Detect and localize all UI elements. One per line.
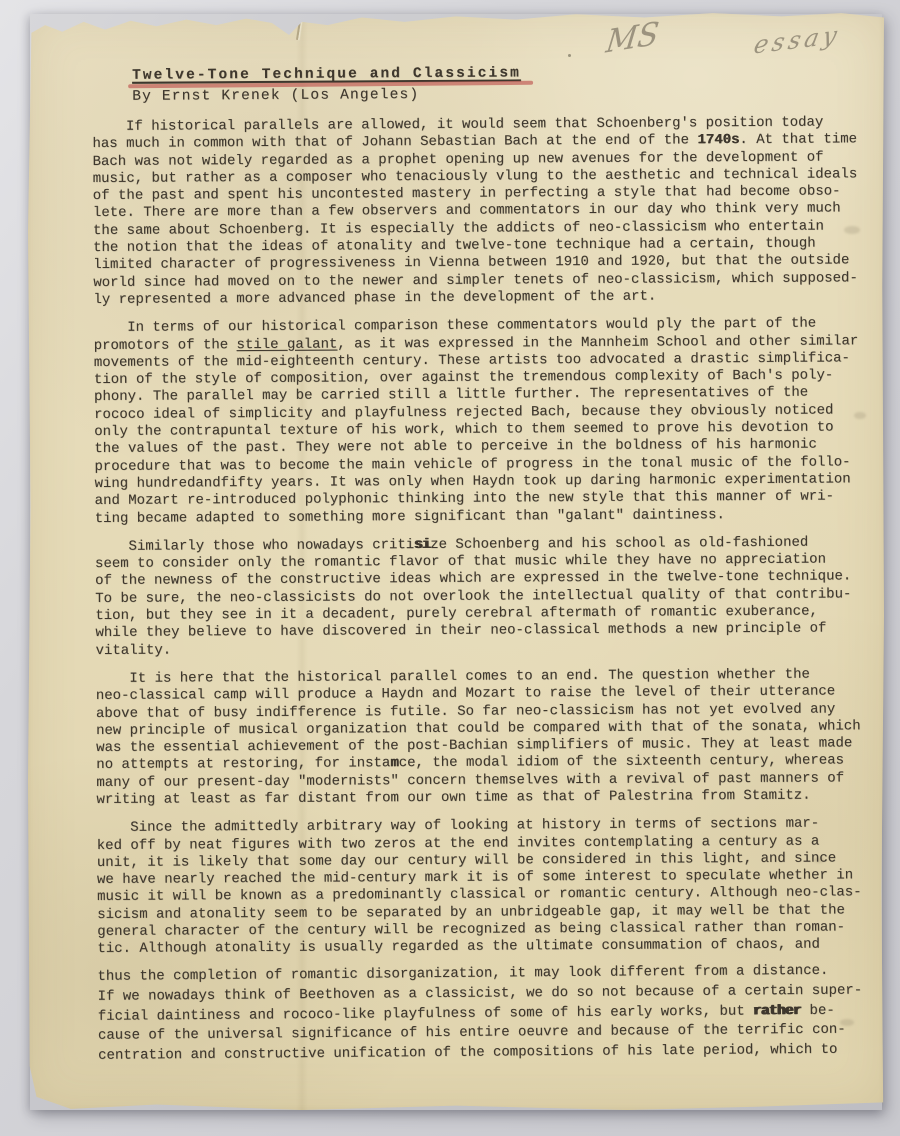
paragraph: thus the completion of romantic disorgan… [97,961,890,1066]
paragraph: It is here that the historical parallel … [96,666,889,809]
title-block: Twelve-Tone Technique and Classicism By … [132,61,884,106]
paragraph: In terms of our historical comparison th… [94,315,887,527]
text-line: ting became adapted to something more si… [95,506,887,528]
paragraph: Since the admittedly arbitrary way of lo… [97,815,890,958]
document-body: If historical parallels are allowed, it … [92,114,890,1065]
paragraph: Similarly those who nowadays critisize S… [95,534,888,660]
pencil-dot [568,54,571,57]
text-line: writing at least as far distant from our… [96,787,888,809]
paragraph: If historical parallels are allowed, it … [92,114,885,309]
pencil-monogram-mark: MS [604,15,661,60]
paper-sheet: MS essay Twelve-Tone Technique and Class… [28,12,884,1110]
text-line: tic. Although atonality is usually regar… [97,937,889,959]
typewritten-content: Twelve-Tone Technique and Classicism By … [92,61,890,1065]
document-title: Twelve-Tone Technique and Classicism [132,64,521,84]
pencil-essay-note: essay [752,20,844,59]
text-line: ly represented a more advanced phase in … [93,287,885,309]
